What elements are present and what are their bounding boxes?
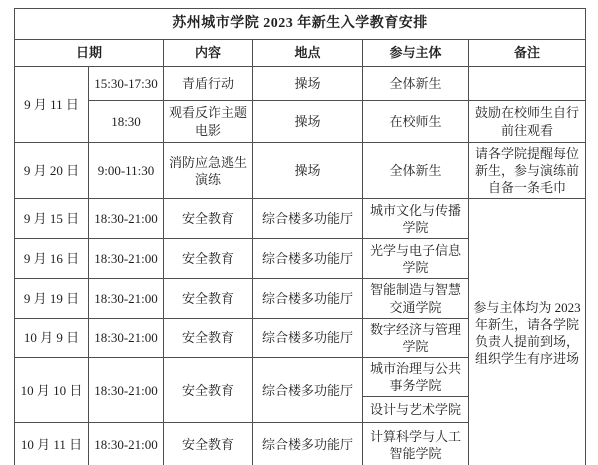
cell-location: 综合楼多功能厅 — [253, 358, 363, 423]
cell-content: 观看反诈主题电影 — [164, 101, 253, 143]
cell-time: 18:30 — [89, 101, 164, 143]
cell-location: 综合楼多功能厅 — [253, 199, 363, 239]
cell-time: 18:30-21:00 — [89, 318, 164, 357]
cell-participant: 设计与艺术学院 — [363, 397, 469, 423]
cell-participant: 在校师生 — [363, 101, 469, 143]
table-row: 18:30 观看反诈主题电影 操场 在校师生 鼓励在校师生自行前往观看 — [15, 101, 586, 143]
cell-content: 安全教育 — [164, 279, 253, 318]
header-location: 地点 — [253, 40, 363, 67]
cell-content: 青盾行动 — [164, 67, 253, 101]
cell-remark: 鼓励在校师生自行前往观看 — [469, 101, 586, 143]
cell-location: 操场 — [253, 101, 363, 143]
cell-date: 9 月 16 日 — [15, 239, 89, 279]
cell-participant: 城市治理与公共事务学院 — [363, 358, 469, 397]
table-title: 苏州城市学院 2023 年新生入学教育安排 — [15, 9, 586, 40]
cell-content: 消防应急逃生演练 — [164, 143, 253, 199]
cell-participant: 全体新生 — [363, 67, 469, 101]
cell-time: 18:30-21:00 — [89, 199, 164, 239]
cell-date: 9 月 11 日 — [15, 67, 89, 143]
cell-remark-shared: 参与主体均为 2023 年新生，请各学院负责人提前到场，组织学生有序进场 — [469, 199, 586, 465]
orientation-schedule-table: 苏州城市学院 2023 年新生入学教育安排 日期 内容 地点 参与主体 备注 9… — [14, 8, 586, 465]
cell-location: 综合楼多功能厅 — [253, 239, 363, 279]
table-row: 9 月 11 日 15:30-17:30 青盾行动 操场 全体新生 — [15, 67, 586, 101]
cell-remark — [469, 67, 586, 101]
table-title-row: 苏州城市学院 2023 年新生入学教育安排 — [15, 9, 586, 40]
table-header-row: 日期 内容 地点 参与主体 备注 — [15, 40, 586, 67]
cell-content: 安全教育 — [164, 358, 253, 423]
cell-time: 18:30-21:00 — [89, 239, 164, 279]
cell-date: 10 月 9 日 — [15, 318, 89, 357]
cell-participant: 城市文化与传播学院 — [363, 199, 469, 239]
cell-date: 9 月 20 日 — [15, 143, 89, 199]
cell-content: 安全教育 — [164, 318, 253, 357]
table-row: 9 月 15 日 18:30-21:00 安全教育 综合楼多功能厅 城市文化与传… — [15, 199, 586, 239]
cell-date: 9 月 19 日 — [15, 279, 89, 318]
cell-participant: 数字经济与管理学院 — [363, 318, 469, 357]
cell-location: 操场 — [253, 67, 363, 101]
cell-location: 综合楼多功能厅 — [253, 279, 363, 318]
cell-location: 综合楼多功能厅 — [253, 423, 363, 465]
cell-date: 9 月 15 日 — [15, 199, 89, 239]
cell-content: 安全教育 — [164, 423, 253, 465]
cell-content: 安全教育 — [164, 239, 253, 279]
cell-participant: 光学与电子信息学院 — [363, 239, 469, 279]
header-participant: 参与主体 — [363, 40, 469, 67]
header-content: 内容 — [164, 40, 253, 67]
cell-date: 10 月 10 日 — [15, 358, 89, 423]
cell-time: 9:00-11:30 — [89, 143, 164, 199]
cell-location: 操场 — [253, 143, 363, 199]
cell-participant: 全体新生 — [363, 143, 469, 199]
cell-time: 15:30-17:30 — [89, 67, 164, 101]
cell-date: 10 月 11 日 — [15, 423, 89, 465]
cell-time: 18:30-21:00 — [89, 358, 164, 423]
header-remark: 备注 — [469, 40, 586, 67]
cell-participant: 计算科学与人工智能学院 — [363, 423, 469, 465]
cell-remark: 请各学院提醒每位新生，参与演练前自备一条毛巾 — [469, 143, 586, 199]
cell-location: 综合楼多功能厅 — [253, 318, 363, 357]
cell-time: 18:30-21:00 — [89, 423, 164, 465]
cell-content: 安全教育 — [164, 199, 253, 239]
cell-time: 18:30-21:00 — [89, 279, 164, 318]
table-row: 9 月 20 日 9:00-11:30 消防应急逃生演练 操场 全体新生 请各学… — [15, 143, 586, 199]
cell-participant: 智能制造与智慧交通学院 — [363, 279, 469, 318]
header-date: 日期 — [15, 40, 164, 67]
